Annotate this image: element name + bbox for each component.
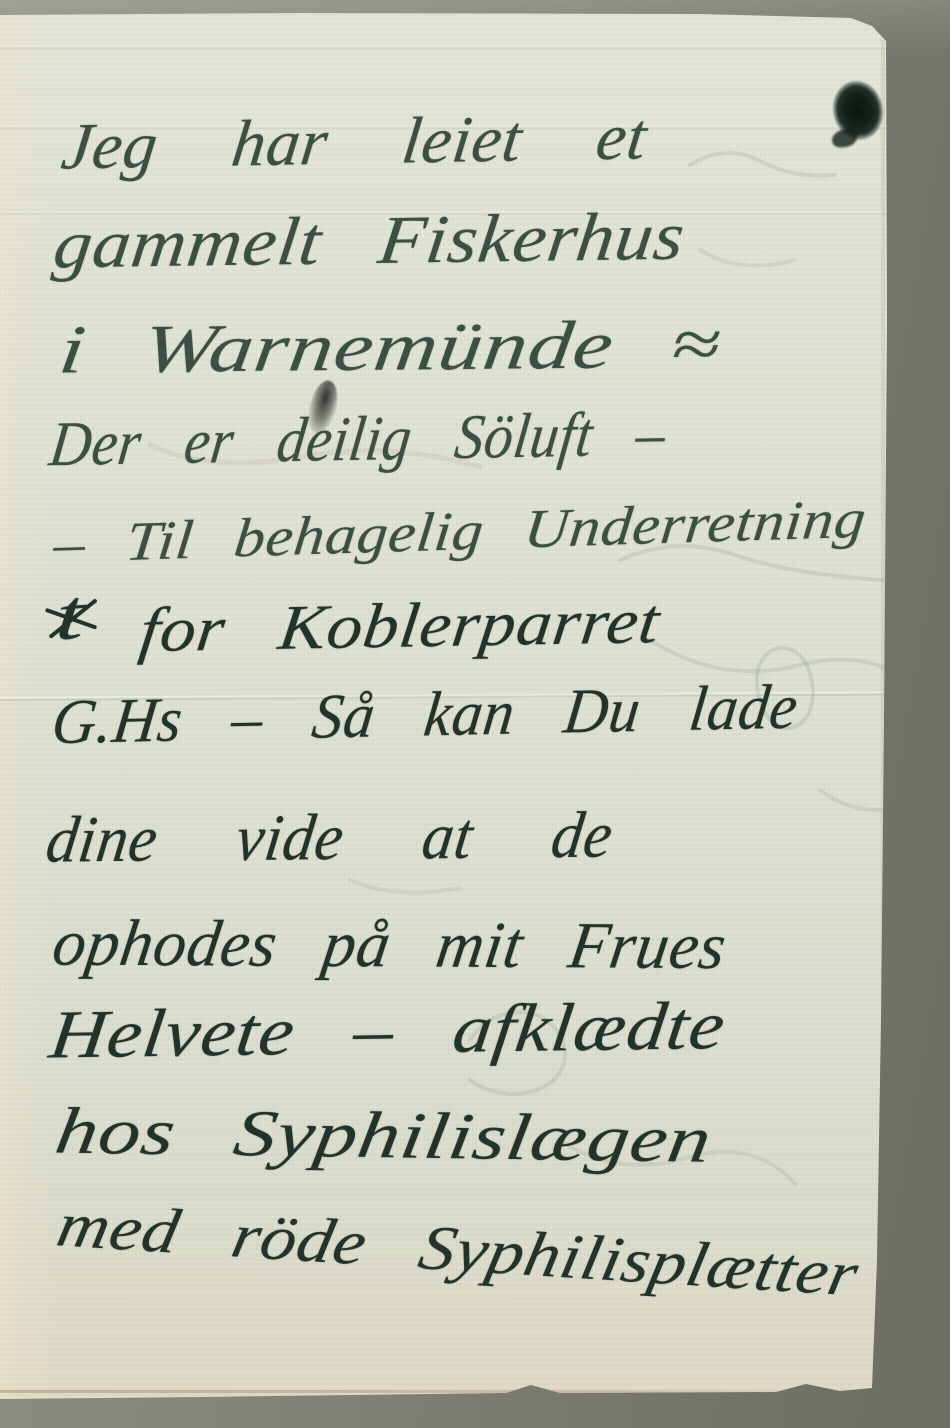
paper-crease (0, 45, 950, 49)
handwritten-line-11: hos Syphilislægen (54, 1106, 477, 1166)
handwritten-line-6: for Koblerparret (138, 601, 519, 660)
handwritten-line-4: Der er deilig Söluft – (48, 412, 606, 474)
paper-right-edge (881, 40, 885, 1390)
handwritten-line-2: gammelt Fiskerhus (52, 214, 517, 276)
handwritten-line-10: Helvete – afklædte (48, 1003, 532, 1066)
handwritten-line-9: ophodes på mit Frues (52, 918, 605, 975)
handwritten-line-7: G.Hs – Så kan Du lade (50, 687, 684, 752)
handwritten-line-1: Jeg har leiet et (60, 114, 530, 176)
ink-blot (827, 74, 897, 152)
handwritten-line-12: med röde Syphilisplætter (55, 1202, 642, 1291)
letter-page: Jeg har leiet et gammelt Fiskerhus i War… (0, 0, 950, 1428)
scan-background: Jeg har leiet et gammelt Fiskerhus i War… (0, 0, 950, 1428)
paper-bottom-edge (0, 1390, 872, 1393)
handwritten-line-3: i Warnemünde ≈ (58, 321, 479, 381)
strikethrough-lines (44, 593, 104, 653)
handwritten-line-8: dine vide at de (45, 811, 532, 869)
